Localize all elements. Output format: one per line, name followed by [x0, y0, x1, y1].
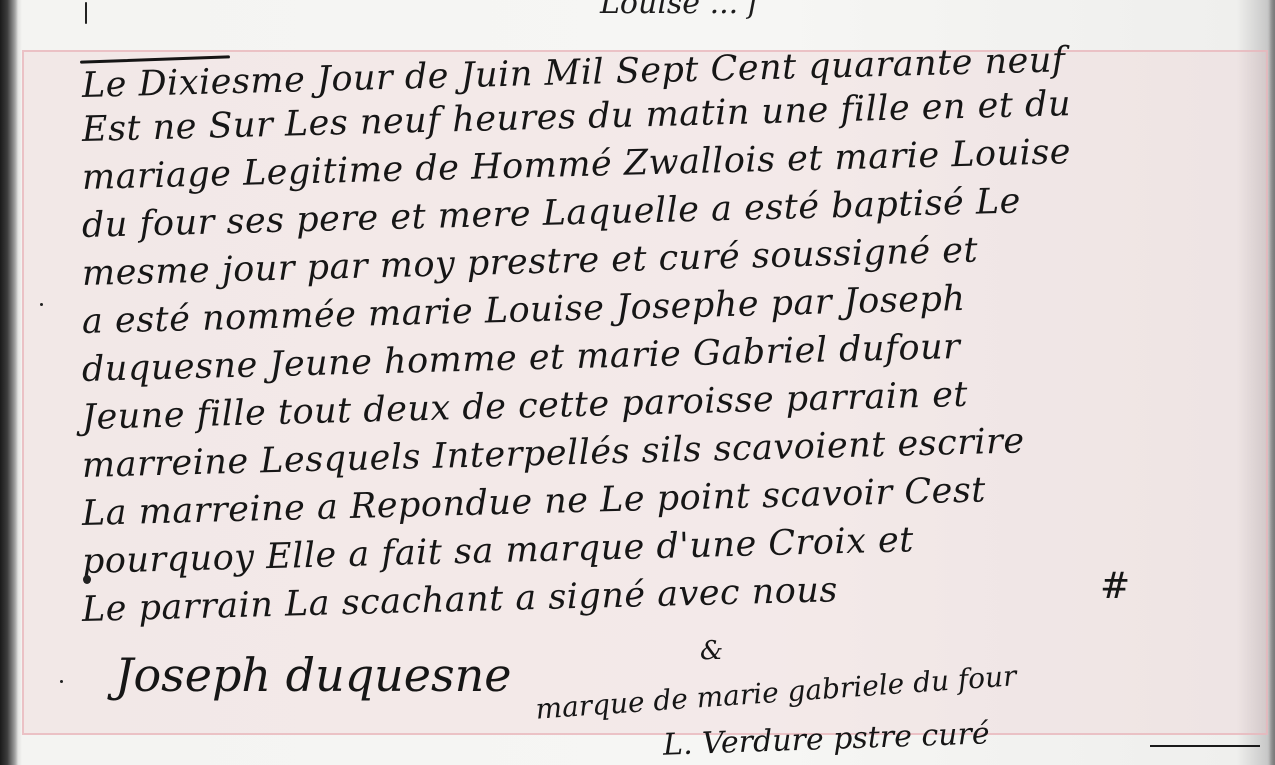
ink-speck [40, 303, 43, 306]
ink-speck [60, 680, 63, 683]
header-fragment-text: Louise ... f [600, 0, 759, 21]
page-right-edge [1269, 0, 1275, 765]
ink-speck [83, 575, 91, 584]
signature-flourish [1150, 745, 1260, 747]
ampersand-mark: & [700, 636, 723, 666]
hash-mark: # [1100, 566, 1130, 607]
page-binding-shadow [0, 0, 18, 765]
scanned-document-page: Louise ... f Le Dixiesme Jour de Juin Mi… [0, 0, 1275, 765]
ink-stroke-fragment [85, 2, 87, 24]
godfather-signature: Joseph duquesne [115, 648, 511, 702]
